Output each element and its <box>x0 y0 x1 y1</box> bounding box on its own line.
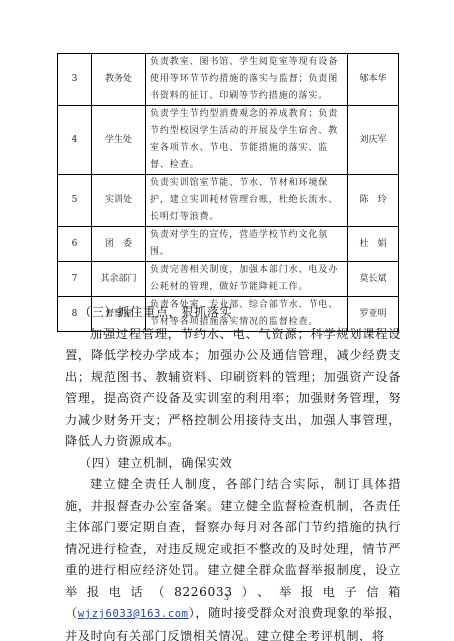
table-row: 7 其余部门 负责完善相关制度，加强本部门水、电及办公耗材的管理，做好节能降耗工… <box>58 262 399 297</box>
table-row: 4 学生处 负责学生节约型消费观念的养成教育；负责节约型校园学生活动的开展及学生… <box>58 106 399 175</box>
responsible-person: 刘庆军 <box>348 106 399 175</box>
document-body: （三）抓住重点，狠抓落实 加强过程管理，节约水、电、气资源；科学规划课程设置，降… <box>65 302 401 641</box>
responsible-person: 杜 娟 <box>348 227 399 262</box>
section-3-paragraph: 加强过程管理，节约水、电、气资源；科学规划课程设置，降低学校办学成本；加强办公及… <box>65 324 401 453</box>
row-number: 4 <box>58 106 92 175</box>
responsible-person: 郇本华 <box>348 54 399 106</box>
page-number: 3 <box>224 593 229 602</box>
department: 团 委 <box>92 227 146 262</box>
duty-description: 负责教室、图书馆、学生阅览室等现有设备使用等环节节约措施的落实与监督；负责图书资… <box>146 54 348 106</box>
section-4-heading: （四）建立机制，确保实效 <box>65 453 401 475</box>
department: 学生处 <box>92 106 146 175</box>
row-number: 3 <box>58 54 92 106</box>
responsibility-table: 3 教务处 负责教室、图书馆、学生阅览室等现有设备使用等环节节约措施的落实与监督… <box>57 53 399 332</box>
section-3-heading: （三）抓住重点，狠抓落实 <box>65 302 401 324</box>
table-row: 5 实训处 负责实训馆室节能、节水、节材和环境保护，建立实训耗材管理台账，杜绝长… <box>58 175 399 227</box>
duty-description: 负责完善相关制度，加强本部门水、电及办公耗材的管理，做好节能降耗工作。 <box>146 262 348 297</box>
table-row: 6 团 委 负责对学生的宣传，营造学校节约文化氛围。 杜 娟 <box>58 227 399 262</box>
duty-description: 负责对学生的宣传，营造学校节约文化氛围。 <box>146 227 348 262</box>
report-email-link[interactable]: wjzj6033@163.com <box>78 608 189 620</box>
responsible-person: 莫长斌 <box>348 262 399 297</box>
department: 其余部门 <box>92 262 146 297</box>
department: 教务处 <box>92 54 146 106</box>
responsible-person: 陈 玲 <box>348 175 399 227</box>
duty-description: 负责实训馆室节能、节水、节材和环境保护，建立实训耗材管理台账，杜绝长流水、长明灯… <box>146 175 348 227</box>
section-4-text-pre: 建立健全责任人制度，各部门结合实际，制订具体措施，并报督查办公室备案。建立健全监… <box>65 477 401 620</box>
section-4-paragraph: 建立健全责任人制度，各部门结合实际，制订具体措施，并报督查办公室备案。建立健全监… <box>65 474 401 641</box>
table-row: 3 教务处 负责教室、图书馆、学生阅览室等现有设备使用等环节节约措施的落实与监督… <box>58 54 399 106</box>
row-number: 5 <box>58 175 92 227</box>
row-number: 7 <box>58 262 92 297</box>
row-number: 6 <box>58 227 92 262</box>
department: 实训处 <box>92 175 146 227</box>
duty-description: 负责学生节约型消费观念的养成教育；负责节约型校园学生活动的开展及学生宿舍、教室各… <box>146 106 348 175</box>
